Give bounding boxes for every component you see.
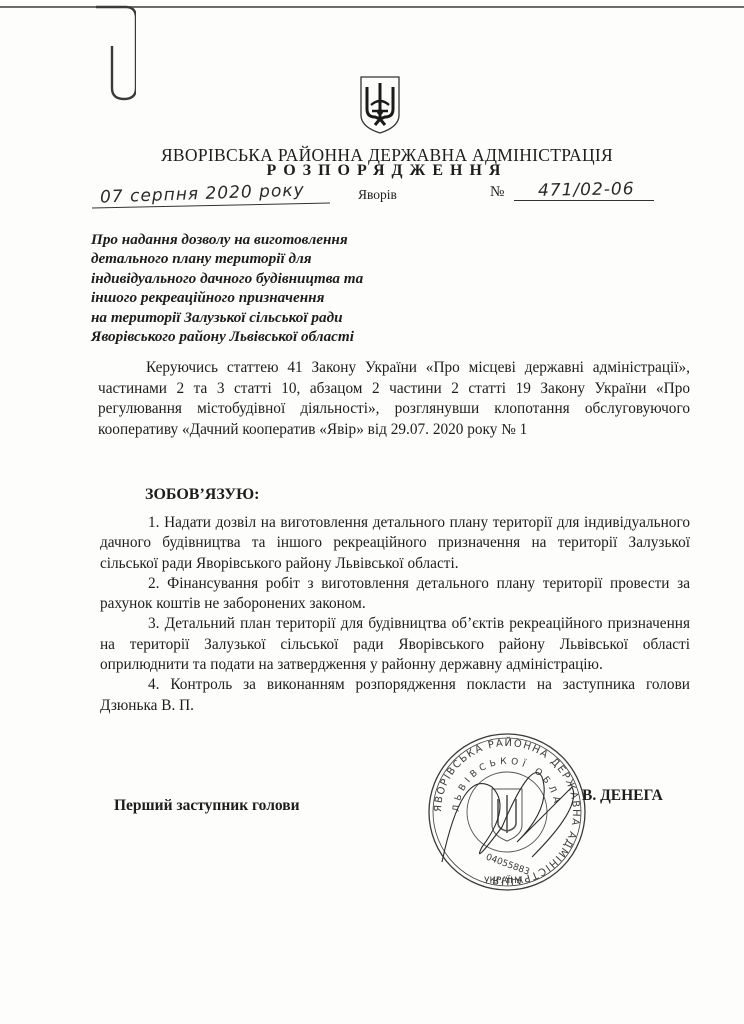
decree-items-list: 1. Надати дозвіл на виготовлення детальн… <box>100 513 690 716</box>
subject-line: Про надання дозволу на виготовлення <box>91 230 431 249</box>
subject-line: іншого рекреаційного призначення <box>91 288 431 307</box>
subject-line: Яворівського району Львівської області <box>91 327 431 346</box>
signer-title: Перший заступник голови <box>114 797 300 815</box>
official-seal-icon: ЯВОРІВСЬКА РАЙОННА ДЕРЖАВНА АДМІНІСТРАЦІ… <box>422 727 592 897</box>
city-label: Яворів <box>358 187 397 203</box>
trident-coat-of-arms-icon <box>358 75 402 135</box>
number-sign: № <box>490 184 504 201</box>
stamp-code: 04055883 <box>484 853 530 878</box>
number-underline <box>514 200 654 201</box>
decree-heading: ЗОБОВ’ЯЗУЮ: <box>145 486 260 504</box>
decree-item: 3. Детальний план території для будівниц… <box>100 614 690 675</box>
subject-line: індивідуального дачного будівництва та <box>91 269 431 288</box>
handwritten-number: 471/02-06 <box>538 179 635 201</box>
signer-name: В. ДЕНЕГА <box>582 787 663 805</box>
paperclip-icon <box>96 4 136 104</box>
subject-line: детального плану території для <box>91 249 431 268</box>
decree-item: 1. Надати дозвіл на виготовлення детальн… <box>100 513 690 574</box>
preamble-paragraph: Керуючись статтею 41 Закону України «Про… <box>98 358 690 440</box>
decree-item: 4. Контроль за виконанням розпорядження … <box>100 675 690 716</box>
decree-item: 2. Фінансування робіт з виготовлення дет… <box>100 574 690 615</box>
stamp-country: УКРАЇНА <box>484 875 524 886</box>
subject-block: Про надання дозволу на виготовлення дета… <box>91 230 431 346</box>
document-type-title: РОЗПОРЯДЖЕННЯ <box>0 162 744 180</box>
subject-line: на території Залузької сільської ради <box>91 308 431 327</box>
